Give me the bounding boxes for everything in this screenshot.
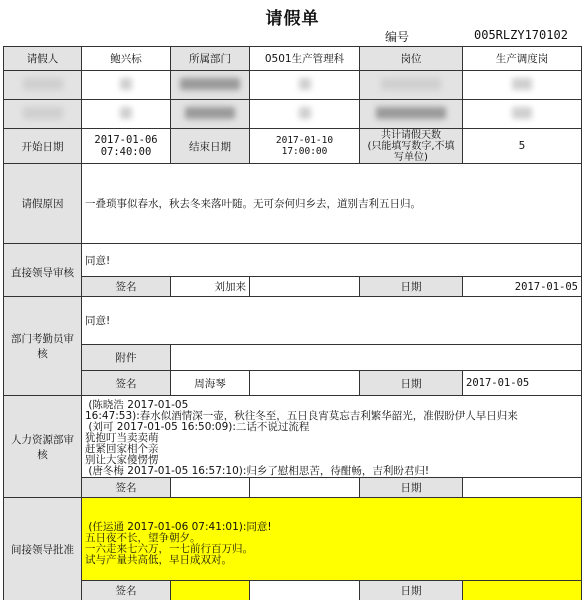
total-days-value[interactable]: 5 [463,129,582,164]
redacted-row-2 [4,100,582,129]
indirect-leader-sign-label: 签名 [82,581,171,600]
start-date-value[interactable]: 2017-01-06 07:40:00 [82,129,171,164]
attendance-sign-label: 签名 [82,371,171,396]
form-code-label: 编号 [385,28,409,45]
redacted-value [463,71,582,100]
indirect-leader-date-value[interactable] [463,581,582,600]
department-value[interactable]: 0501生产管理科 [250,47,360,71]
total-days-label: 共计请假天数 (只能填写数字,不填 写单位) [360,129,463,164]
reason-value[interactable]: 一叠琐事似春水，秋去冬来落叶随。无可奈何归乡去，道别吉利五日归。 [82,164,582,244]
attachment-value[interactable] [171,345,582,371]
attachment-label: 附件 [82,345,171,371]
reason-row: 请假原因 一叠琐事似春水，秋去冬来落叶随。无可奈何归乡去，道别吉利五日归。 [4,164,582,244]
direct-leader-comment[interactable]: 同意! [82,244,582,277]
direct-leader-label: 直接领导审核 [4,244,82,297]
redacted-label [360,71,463,100]
form-title: 请假单 [0,4,585,29]
direct-leader-comment-row: 直接领导审核 同意! [4,244,582,277]
attendance-blank [250,371,360,396]
position-value[interactable]: 生产调度岗 [463,47,582,71]
redacted-value [250,100,360,129]
start-date-label: 开始日期 [4,129,82,164]
department-label: 所属部门 [171,47,250,71]
redacted-value [250,71,360,100]
applicant-label: 请假人 [4,47,82,71]
applicant-value[interactable]: 鲍兴标 [82,47,171,71]
redacted-value [82,100,171,129]
indirect-leader-comment-row: 间接领导批准 (任运通 2017-01-06 07:41:01):同意! 五日夜… [4,498,582,581]
hr-sign-value[interactable] [171,478,250,498]
hr-sign-row: 签名 日期 [4,478,582,498]
position-label: 岗位 [360,47,463,71]
redacted-row-1 [4,71,582,100]
indirect-leader-sign-row: 签名 日期 [4,581,582,600]
direct-leader-sign-value[interactable]: 刘加来 [171,277,250,297]
dates-row: 开始日期 2017-01-06 07:40:00 结束日期 2017-01-10… [4,129,582,164]
redacted-label [4,100,82,129]
redacted-label [4,71,82,100]
hr-date-value[interactable] [463,478,582,498]
form-code-value: 005RLZY170102 [474,28,568,42]
redacted-label [360,100,463,129]
hr-sign-label: 签名 [82,478,171,498]
attendance-comment-row: 部门考勤员审核 同意! [4,297,582,345]
hr-comment-row: 人力资源部审核 (陈晓浩 2017-01-05 16:47:53):春水似酒情深… [4,396,582,478]
attendance-date-label: 日期 [360,371,463,396]
attendance-label: 部门考勤员审核 [4,297,82,396]
hr-date-label: 日期 [360,478,463,498]
attendance-comment[interactable]: 同意! [82,297,582,345]
direct-leader-date-label: 日期 [360,277,463,297]
direct-leader-sign-label: 签名 [82,277,171,297]
attendance-date-value[interactable]: 2017-01-05 [463,371,582,396]
applicant-row: 请假人 鲍兴标 所属部门 0501生产管理科 岗位 生产调度岗 [4,47,582,71]
indirect-leader-label: 间接领导批准 [4,498,82,600]
indirect-leader-comment[interactable]: (任运通 2017-01-06 07:41:01):同意! 五日夜不长，望争朝夕… [82,498,582,581]
attendance-sign-row: 签名 周海琴 日期 2017-01-05 [4,371,582,396]
direct-leader-sign-row: 签名 刘加来 日期 2017-01-05 [4,277,582,297]
direct-leader-blank [250,277,360,297]
leave-form-table: 请假人 鲍兴标 所属部门 0501生产管理科 岗位 生产调度岗 开始日期 201… [3,46,582,600]
redacted-label [171,100,250,129]
hr-label: 人力资源部审核 [4,396,82,498]
redacted-label [171,71,250,100]
redacted-value [82,71,171,100]
indirect-leader-sign-value[interactable] [171,581,250,600]
attachment-row: 附件 [4,345,582,371]
end-date-label: 结束日期 [171,129,250,164]
reason-label: 请假原因 [4,164,82,244]
hr-blank [250,478,360,498]
attendance-sign-value[interactable]: 周海琴 [171,371,250,396]
direct-leader-date-value[interactable]: 2017-01-05 [463,277,582,297]
indirect-leader-blank [250,581,360,600]
end-date-value[interactable]: 2017-01-10 17:00:00 [250,129,360,164]
hr-comment[interactable]: (陈晓浩 2017-01-05 16:47:53):春水似酒情深一壶，秋往冬至，… [82,396,582,478]
redacted-value [463,100,582,129]
indirect-leader-date-label: 日期 [360,581,463,600]
